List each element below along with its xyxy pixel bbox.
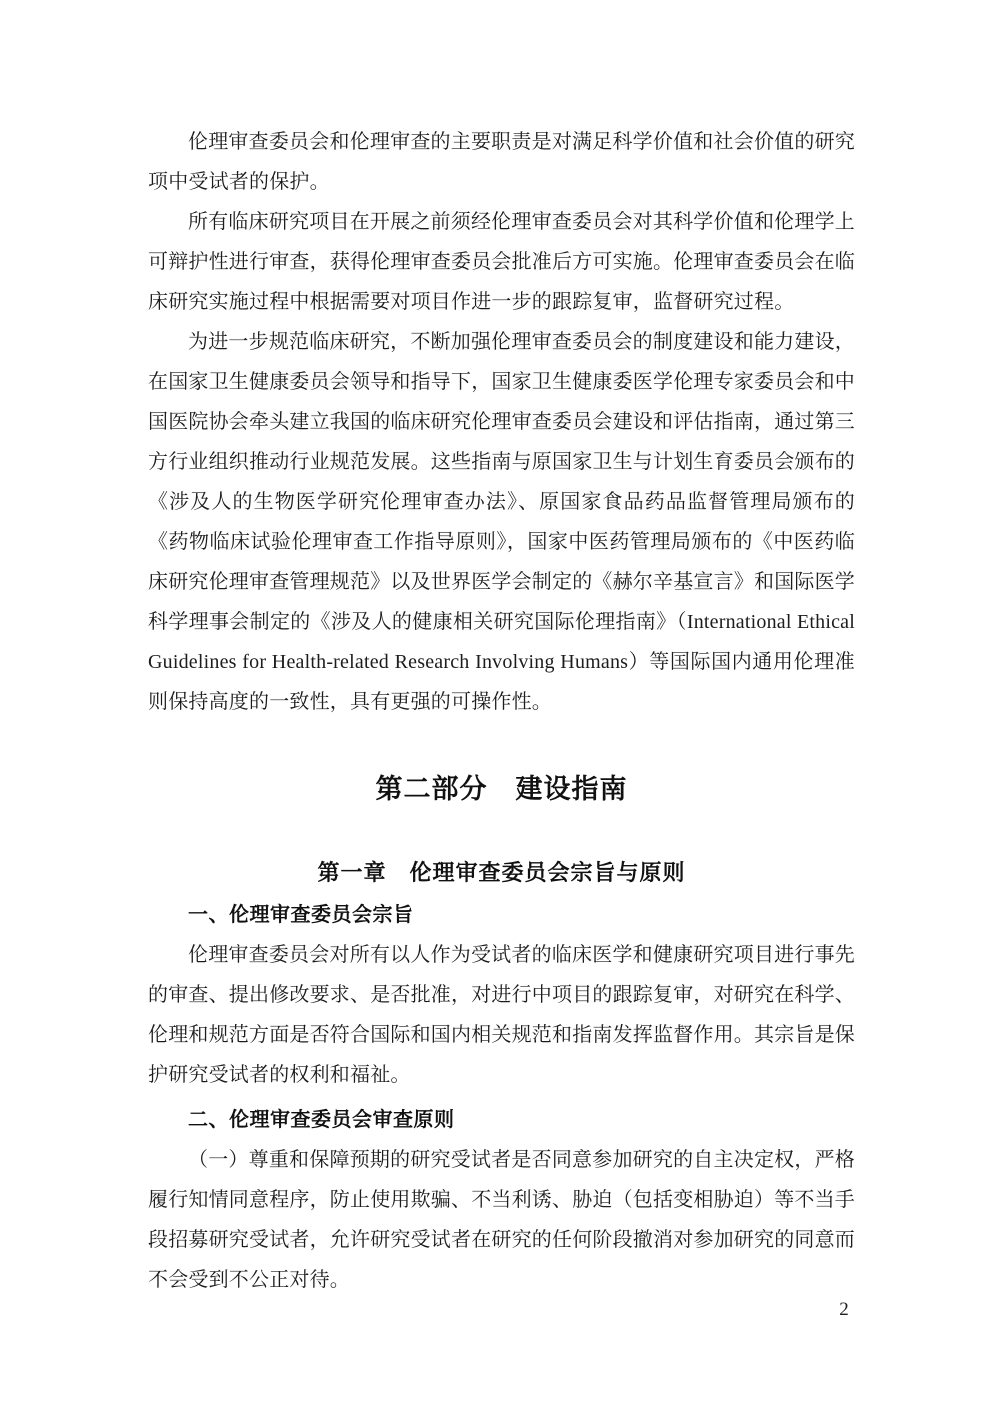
document-page: 伦理审查委员会和伦理审查的主要职责是对满足科学价值和社会价值的研究项中受试者的保… <box>0 0 1000 1413</box>
paragraph-principle-1: （一）尊重和保障预期的研究受试者是否同意参加研究的自主决定权，严格履行知情同意程… <box>148 1140 855 1300</box>
paragraph-purpose: 伦理审查委员会对所有以人作为受试者的临床医学和健康研究项目进行事先的审查、提出修… <box>148 935 855 1095</box>
paragraph-guideline-background: 为进一步规范临床研究，不断加强伦理审查委员会的制度建设和能力建设，在国家卫生健康… <box>148 322 855 722</box>
paragraph-review-process: 所有临床研究项目在开展之前须经伦理审查委员会对其科学价值和伦理学上可辩护性进行审… <box>148 202 855 322</box>
section-heading-principles: 二、伦理审查委员会审查原则 <box>148 1100 855 1140</box>
section-heading-purpose: 一、伦理审查委员会宗旨 <box>148 895 855 935</box>
page-number: 2 <box>830 1298 858 1322</box>
chapter-heading: 第一章 伦理审查委员会宗旨与原则 <box>148 856 855 890</box>
paragraph-duty: 伦理审查委员会和伦理审查的主要职责是对满足科学价值和社会价值的研究项中受试者的保… <box>148 122 855 202</box>
part-heading: 第二部分 建设指南 <box>148 768 855 810</box>
